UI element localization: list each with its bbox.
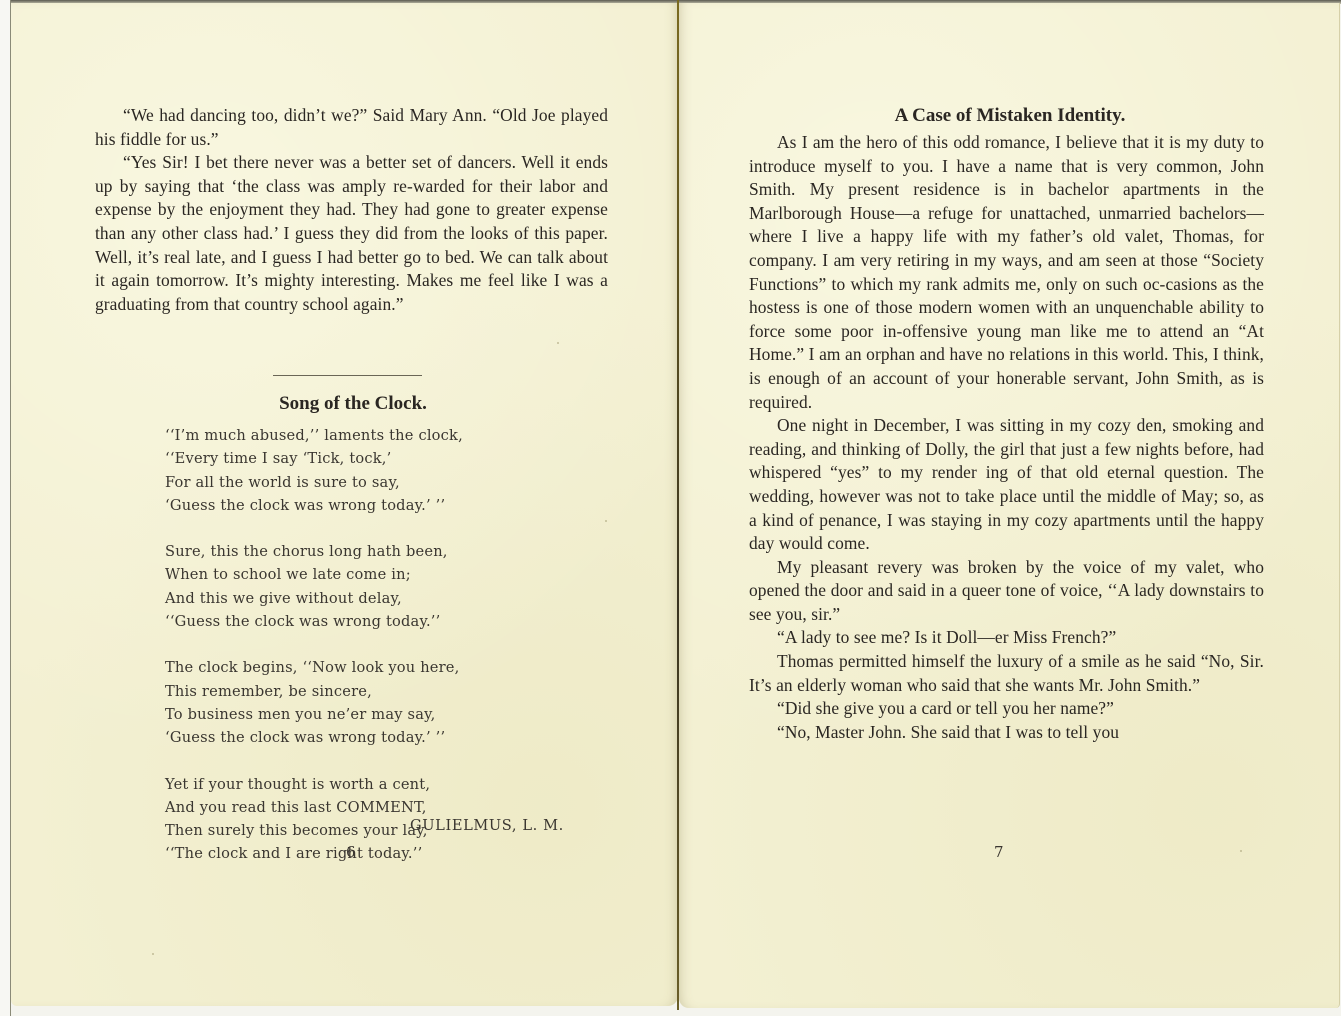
poem-line: ‘‘The clock and I are right today.’’ xyxy=(165,842,605,865)
poem-line: This remember, be sincere, xyxy=(165,680,605,703)
poem-line: Yet if your thought is worth a cent, xyxy=(165,773,605,796)
poem-stanza: ‘‘I’m much abused,’’ laments the clock, … xyxy=(165,424,605,517)
paper-speck xyxy=(557,342,559,344)
poem-stanza: Sure, this the chorus long hath been, Wh… xyxy=(165,540,605,633)
page-number-left: 6 xyxy=(346,843,356,861)
poem-line: And you read this last COMMENT, xyxy=(165,796,605,819)
poem-line: And this we give without delay, xyxy=(165,587,605,610)
poem-line: ‘‘Guess the clock was wrong today.’’ xyxy=(165,610,605,633)
poem-line: To business men you ne’er may say, xyxy=(165,703,605,726)
paper-speck xyxy=(605,520,607,522)
paragraph: “A lady to see me? Is it Doll—er Miss Fr… xyxy=(749,626,1264,650)
poem-line: For all the world is sure to say, xyxy=(165,471,605,494)
page-number-right: 7 xyxy=(994,843,1004,861)
poem-line: ‘Guess the clock was wrong today.’ ’’ xyxy=(165,494,605,517)
poem-title: Song of the Clock. xyxy=(200,393,506,415)
poem-signature: GULIELMUS, L. M. xyxy=(410,817,564,834)
story-title: A Case of Mistaken Identity. xyxy=(740,105,1280,127)
poem-line: When to school we late come in; xyxy=(165,563,605,586)
right-page-prose: As I am the hero of this odd romance, I … xyxy=(749,131,1264,744)
paper-speck xyxy=(152,953,154,955)
poem-line: Sure, this the chorus long hath been, xyxy=(165,540,605,563)
paragraph: “No, Master John. She said that I was to… xyxy=(749,721,1264,745)
paper-speck xyxy=(1240,850,1242,852)
poem-line: ‘‘I’m much abused,’’ laments the clock, xyxy=(165,424,605,447)
poem-line: The clock begins, ‘‘Now look you here, xyxy=(165,656,605,679)
poem-stanza: The clock begins, ‘‘Now look you here, T… xyxy=(165,656,605,749)
paragraph: My pleasant revery was broken by the voi… xyxy=(749,556,1264,627)
poem-line: ‘‘Every time I say ‘Tick, tock,’ xyxy=(165,447,605,470)
paragraph: Thomas permitted himself the luxury of a… xyxy=(749,650,1264,697)
left-page-prose: “We had dancing too, didn’t we?” Said Ma… xyxy=(95,104,608,316)
poem-line: ‘Guess the clock was wrong today.’ ’’ xyxy=(165,726,605,749)
paragraph: “Did she give you a card or tell you her… xyxy=(749,697,1264,721)
paragraph: “We had dancing too, didn’t we?” Said Ma… xyxy=(95,104,608,151)
paragraph: “Yes Sir! I bet there never was a better… xyxy=(95,151,608,316)
section-divider xyxy=(273,375,422,376)
scan-left-margin xyxy=(0,0,11,1016)
book-gutter xyxy=(677,0,679,1010)
paragraph: As I am the hero of this odd romance, I … xyxy=(749,131,1264,414)
paragraph: One night in December, I was sitting in … xyxy=(749,414,1264,556)
